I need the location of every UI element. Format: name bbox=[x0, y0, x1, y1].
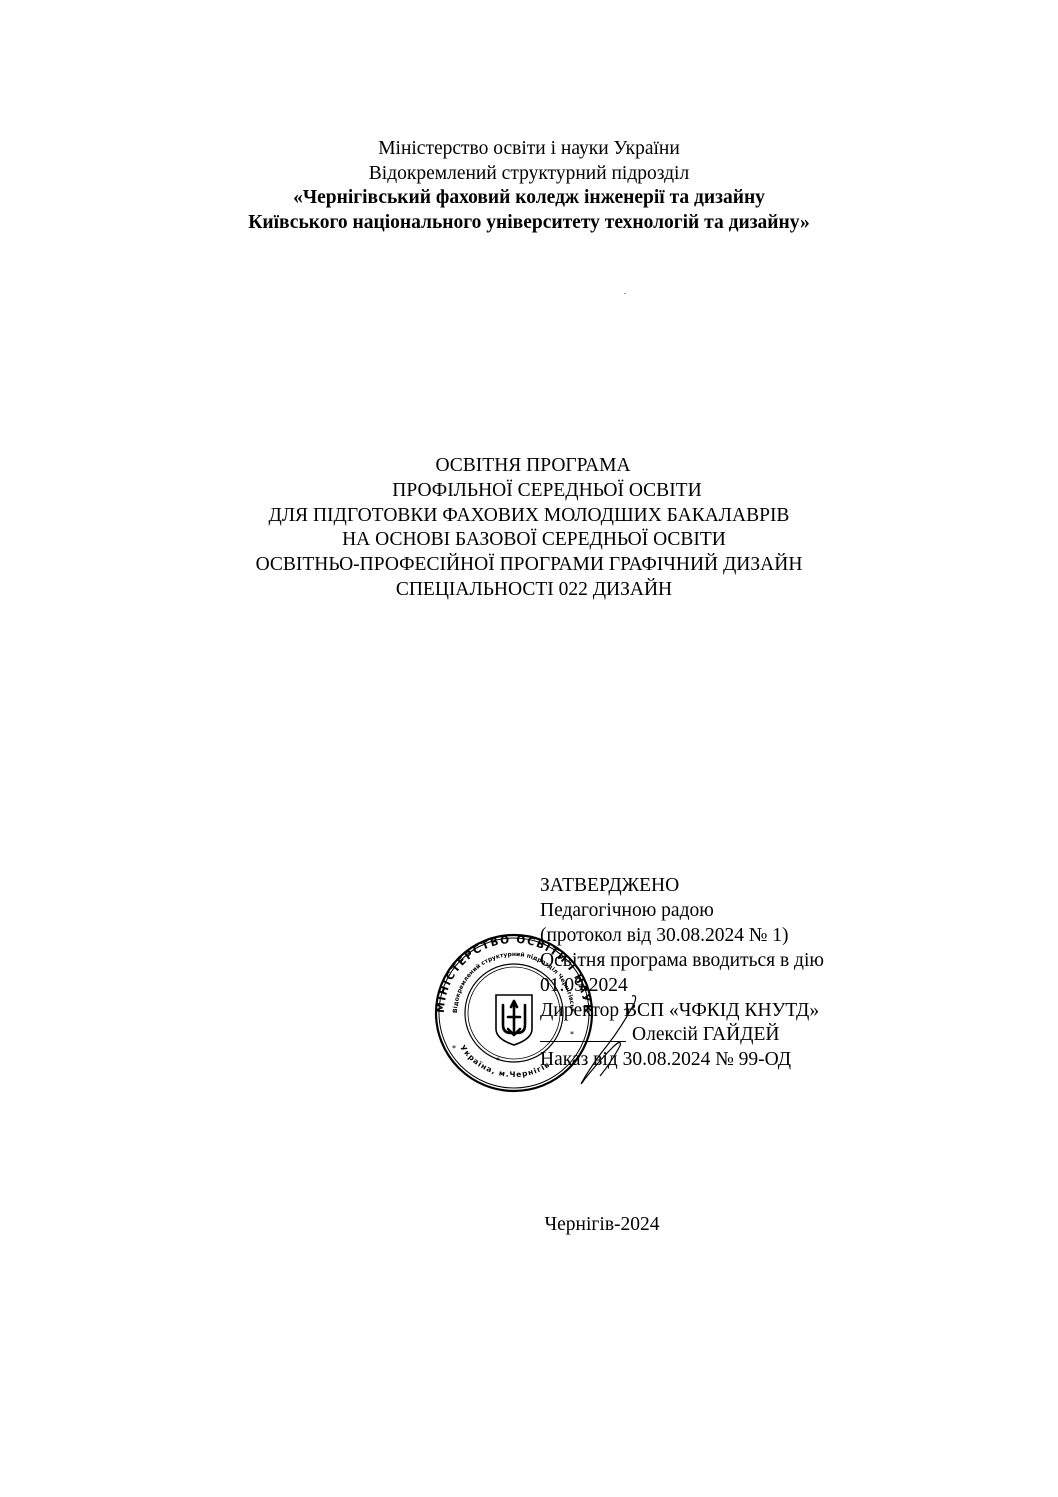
program-title: ОСВІТНЯ ПРОГРАМА ПРОФІЛЬНОЇ СЕРЕДНЬОЇ ОС… bbox=[0, 454, 1058, 603]
subdivision-label: Відокремлений структурний підрозділ bbox=[0, 162, 1058, 187]
approval-signatory: Олексій ГАЙДЕЙ bbox=[632, 1024, 779, 1045]
document-page: Міністерство освіти і науки України Відо… bbox=[0, 0, 1058, 1497]
scan-speck bbox=[624, 293, 626, 294]
college-name: «Чернігівський фаховий коледж інженерії … bbox=[0, 186, 1058, 211]
svg-text:*: * bbox=[452, 1044, 456, 1053]
university-name: Київського національного університету те… bbox=[0, 211, 1058, 236]
ministry-name: Міністерство освіти і науки України bbox=[0, 137, 1058, 162]
title-line: ОСВІТНЯ ПРОГРАМА bbox=[0, 454, 1058, 479]
title-line: ПРОФІЛЬНОЇ СЕРЕДНЬОЇ ОСВІТИ bbox=[0, 479, 1058, 504]
title-line: СПЕЦІАЛЬНОСТІ 022 ДИЗАЙН bbox=[0, 578, 1058, 603]
svg-text:*: * bbox=[496, 1056, 500, 1065]
place-year: Чернігів-2024 bbox=[0, 1213, 1058, 1237]
title-line: ДЛЯ ПІДГОТОВКИ ФАХОВИХ МОЛОДШИХ БАКАЛАВР… bbox=[0, 504, 1058, 529]
approval-heading: ЗАТВЕРДЖЕНО bbox=[540, 874, 824, 899]
title-line: ОСВІТНЬО-ПРОФЕСІЙНОЇ ПРОГРАМИ ГРАФІЧНИЙ … bbox=[0, 553, 1058, 578]
institution-header: Міністерство освіти і науки України Відо… bbox=[0, 137, 1058, 235]
title-line: НА ОСНОВІ БАЗОВОЇ СЕРЕДНЬОЇ ОСВІТИ bbox=[0, 528, 1058, 553]
handwritten-signature bbox=[560, 990, 650, 1090]
approval-body: Педагогічною радою bbox=[540, 899, 824, 924]
trident-emblem-icon bbox=[496, 995, 532, 1045]
